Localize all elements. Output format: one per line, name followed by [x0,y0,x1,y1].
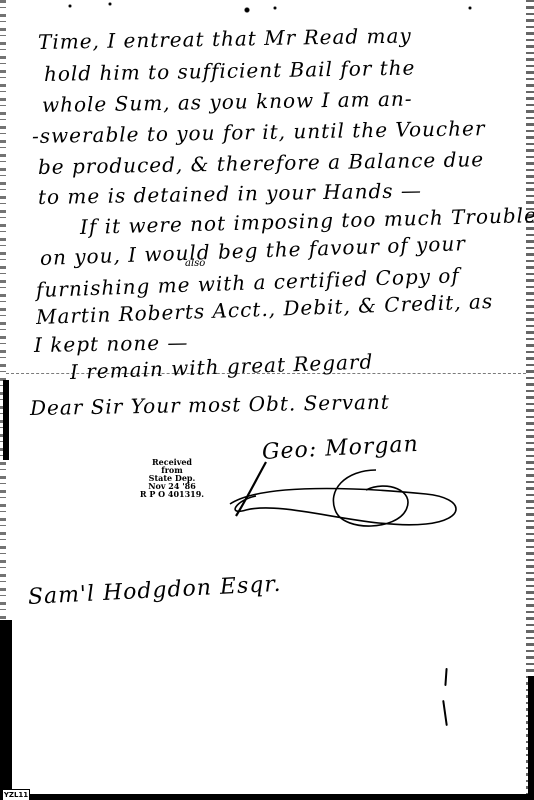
signature-flourish-icon [226,460,486,540]
scan-edge-left-shadow [3,380,9,460]
letter-line-2: hold him to sufficient Bail for the [44,56,416,86]
archive-label: YZL11 [2,789,30,800]
scan-edge-left-bottom [0,620,12,800]
ink-mark [442,700,448,726]
received-stamp: Received from State Dep. Nov 24 '86 R P … [136,458,208,498]
scan-specks [0,0,534,20]
closing-line-2: Dear Sir Your most Obt. Servant [30,390,390,420]
letter-line-11: I kept none — [34,330,189,357]
letter-line-5: be produced, & therefore a Balance due [38,147,485,179]
letter-line-3: whole Sum, as you know I am an- [42,87,413,117]
letter-line-7: If it were not imposing too much Trouble [80,203,534,239]
scan-edge-right-bottom [528,676,534,800]
letter-page: Time, I entreat that Mr Read may hold hi… [0,0,534,800]
scan-edge-bottom [0,794,534,800]
stamp-line-5: R P O 401319. [136,490,208,498]
insertion-caret-text: also [185,258,205,269]
ink-mark [444,668,447,686]
letter-line-1: Time, I entreat that Mr Read may [38,23,412,54]
letter-line-4: -swerable to you for it, until the Vouch… [32,116,486,148]
addressee: Sam'l Hodgdon Esqr. [27,572,282,610]
letter-line-6: to me is detained in your Hands — [38,178,422,209]
